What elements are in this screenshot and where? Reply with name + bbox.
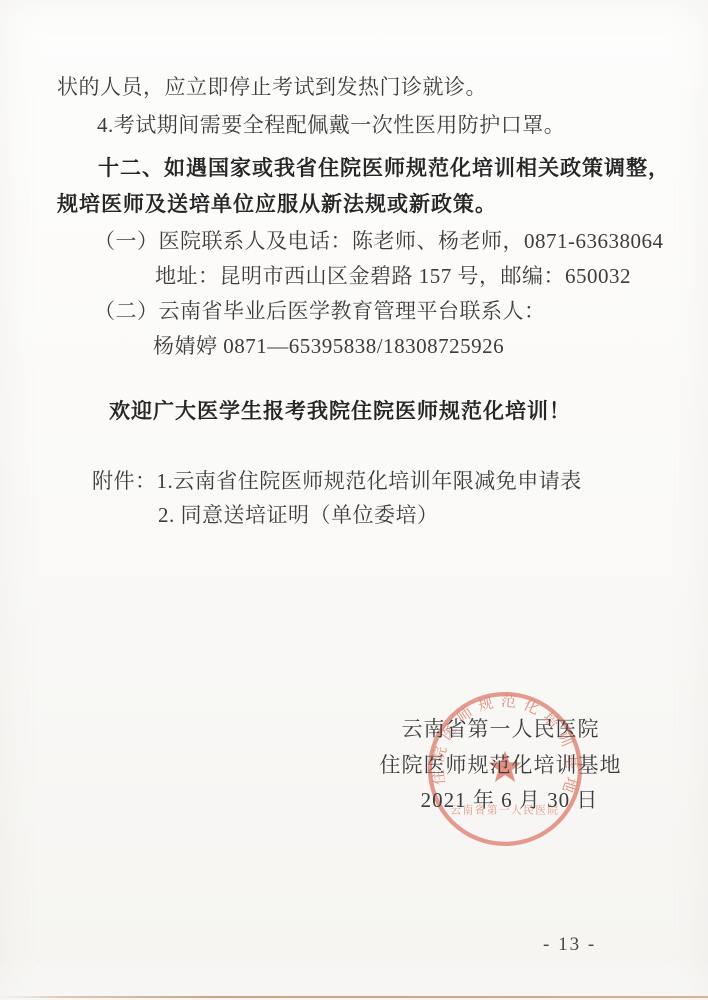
signature-date: 2021 年 6 月 30 日 — [358, 783, 643, 819]
document-page: 状的人员，应立即停止考试到发热门诊就诊。 4.考试期间需要全程配佩戴一次性医用防… — [0, 0, 708, 1000]
section-heading-line-2: 规培医师及送培单位应服从新法规或新政策。 — [57, 193, 497, 217]
contact-hospital-line: （一）医院联系人及电话：陈老师、杨老师，0871-63638064 — [94, 229, 664, 253]
section-heading-line-1: 十二、如遇国家或我省住院医师规范化培训相关政策调整， — [98, 157, 670, 181]
contact-address-line: 地址：昆明市西山区金碧路 157 号，邮编：650032 — [155, 264, 631, 288]
signature-org-line-1: 云南省第一人民医院 — [358, 712, 643, 748]
welcome-line: 欢迎广大医学生报考我院住院医师规范化培训！ — [0, 400, 680, 424]
contact-platform-line: （二）云南省毕业后医学教育管理平台联系人： — [94, 299, 546, 323]
attachment-line-2: 2. 同意送培证明（单位委培） — [158, 503, 439, 527]
signature-org-line-2: 住院医师规范化培训基地 — [358, 748, 643, 784]
scan-bottom-edge — [0, 996, 708, 998]
attachment-line-1: 附件：1.云南省住院医师规范化培训年限减免申请表 — [92, 469, 582, 493]
contact-person-line: 杨婧婷 0871—65395838/18308725926 — [153, 334, 504, 358]
body-text-continuation-line: 状的人员，应立即停止考试到发热门诊就诊。 — [57, 75, 487, 99]
list-item-4: 4.考试期间需要全程配佩戴一次性医用防护口罩。 — [97, 113, 565, 137]
scan-vignette — [0, 0, 708, 1000]
signature-block: 云南省第一人民医院 住院医师规范化培训基地 2021 年 6 月 30 日 — [358, 712, 643, 819]
page-number: - 13 - — [543, 934, 596, 956]
